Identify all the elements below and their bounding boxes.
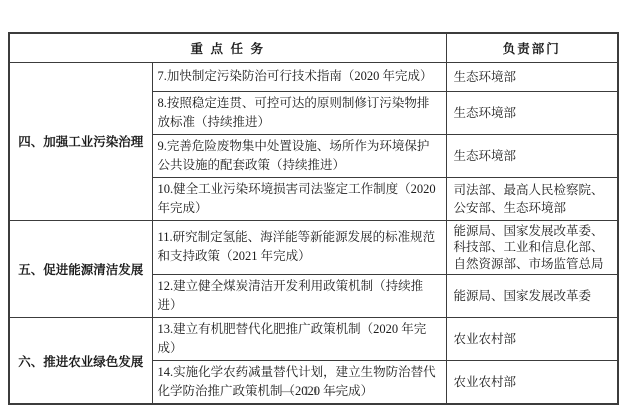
task-cell: 7.加快制定污染防治可行技术指南（2020 年完成） — [152, 62, 446, 91]
header-key-tasks: 重 点 任 务 — [9, 33, 446, 62]
table-row: 六、推进农业绿色发展 13.建立有机肥替代化肥推广政策机制（2020 年完成） … — [9, 318, 618, 361]
department-cell: 生态环境部 — [446, 91, 618, 134]
document-page: 重 点 任 务 负责部门 四、加强工业污染治理 7.加快制定污染防治可行技术指南… — [0, 0, 625, 419]
task-cell: 9.完善危险废物集中处置设施、场所作为环境保护公共设施的配套政策（持续推进） — [152, 134, 446, 177]
task-cell: 8.按照稳定连贯、可控可达的原则制修订污染物排放标准（持续推进） — [152, 91, 446, 134]
department-cell: 生态环境部 — [446, 134, 618, 177]
department-cell: 能源局、国家发展改革委 — [446, 275, 618, 318]
section-label-industrial-pollution: 四、加强工业污染治理 — [9, 62, 152, 220]
department-cell: 生态环境部 — [446, 62, 618, 91]
task-cell: 12.建立健全煤炭清洁开发利用政策机制（持续推进） — [152, 275, 446, 318]
task-cell: 10.健全工业污染环境损害司法鉴定工作制度（2020 年完成） — [152, 177, 446, 220]
department-cell: 能源局、国家发展改革委、科技部、工业和信息化部、自然资源部、市场监管总局 — [446, 220, 618, 275]
task-cell: 11.研究制定氢能、海洋能等新能源发展的标准规范和支持政策（2021 年完成） — [152, 220, 446, 275]
department-cell: 农业农村部 — [446, 318, 618, 361]
task-cell: 13.建立有机肥替代化肥推广政策机制（2020 年完成） — [152, 318, 446, 361]
table-row: 四、加强工业污染治理 7.加快制定污染防治可行技术指南（2020 年完成） 生态… — [9, 62, 618, 91]
tasks-table: 重 点 任 务 负责部门 四、加强工业污染治理 7.加快制定污染防治可行技术指南… — [8, 32, 619, 405]
header-responsible-departments: 负责部门 — [446, 33, 618, 62]
page-number: — 11 — — [0, 383, 625, 399]
department-cell: 司法部、最高人民检察院、公安部、生态环境部 — [446, 177, 618, 220]
table-row: 五、促进能源清洁发展 11.研究制定氢能、海洋能等新能源发展的标准规范和支持政策… — [9, 220, 618, 275]
section-label-clean-energy: 五、促进能源清洁发展 — [9, 220, 152, 318]
table-header-row: 重 点 任 务 负责部门 — [9, 33, 618, 62]
